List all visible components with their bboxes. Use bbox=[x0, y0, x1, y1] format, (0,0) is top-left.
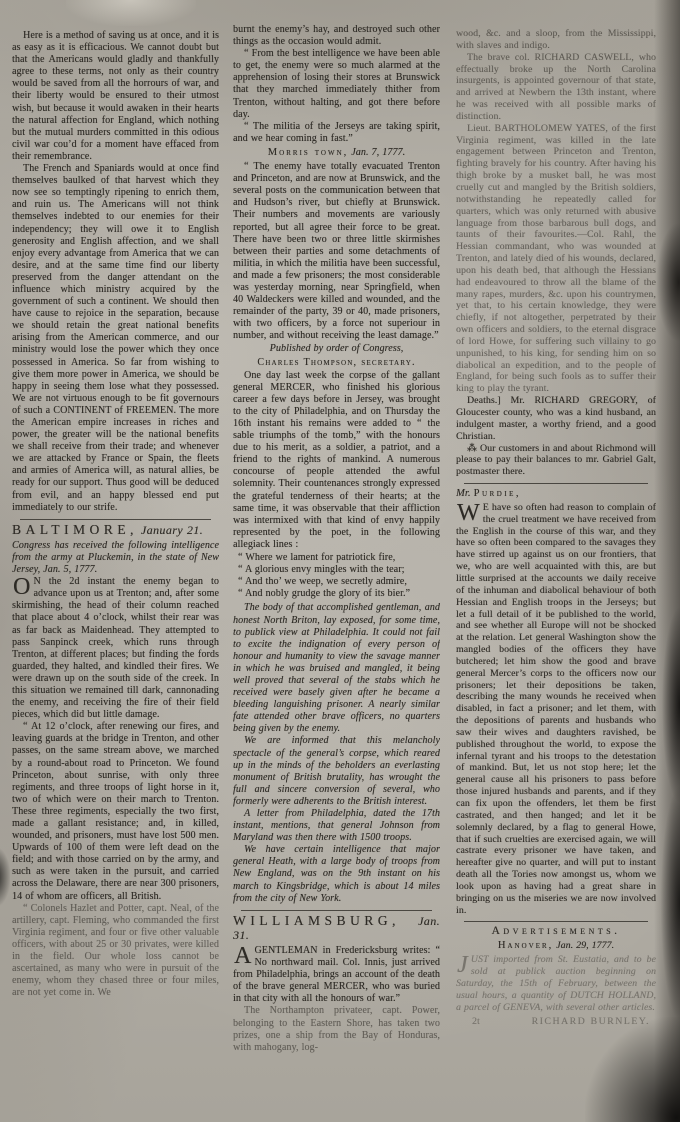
heading-caps: WILLIAMSBURG, bbox=[233, 913, 400, 928]
section-divider-rule bbox=[241, 910, 432, 911]
advert-signature: 2tRICHARD BURNLEY. bbox=[456, 1013, 656, 1028]
article-paragraph: Here is a method of saving us at once, a… bbox=[12, 30, 219, 163]
paragraph-text: N the 2d instant the enemy began to adva… bbox=[12, 576, 219, 720]
article-paragraph: Lieut. BARTHOLOMEW YATES, of the first V… bbox=[456, 123, 656, 395]
article-paragraph: “ The militia of the Jerseys are taking … bbox=[233, 121, 440, 145]
paragraph-text: E have so often had reason to complain o… bbox=[456, 502, 656, 916]
heading-caps: BALTIMORE, bbox=[12, 522, 138, 537]
advertiser-name: RICHARD BURNLEY. bbox=[532, 1016, 650, 1028]
dateline-date: Jan. 7, 1777. bbox=[351, 147, 405, 158]
heading-caps: Advertisements. bbox=[492, 925, 621, 937]
section-divider-rule bbox=[20, 519, 211, 520]
section-divider-rule bbox=[464, 483, 648, 484]
verse-line: “ Where we lament for patriotick fire, bbox=[238, 552, 440, 564]
newspaper-page: Here is a method of saving us at once, a… bbox=[0, 0, 680, 1122]
newspaper-column-3: wood, &c. and a sloop, from the Mississi… bbox=[456, 0, 656, 1122]
dateline: Hanover, Jan. 29, 1777. bbox=[456, 940, 656, 952]
article-paragraph: The French and Spaniards would at once f… bbox=[12, 163, 219, 514]
article-paragraph: “ Colonels Hazlet and Potter, capt. Neal… bbox=[12, 903, 219, 1000]
article-paragraph: WE have so often had reason to complain … bbox=[456, 502, 656, 917]
drop-cap: O bbox=[12, 576, 33, 597]
drop-cap: J bbox=[456, 954, 471, 975]
article-paragraph: Congress has received the following inte… bbox=[12, 540, 219, 576]
verse-quote: “ Where we lament for patriotick fire,“ … bbox=[238, 552, 440, 600]
article-paragraph: A letter from Philadelphia, dated the 17… bbox=[233, 808, 440, 844]
article-paragraph: “ The enemy have totally evacuated Trent… bbox=[233, 161, 440, 342]
article-paragraph: We have certain intelligence that major … bbox=[233, 844, 440, 904]
article-paragraph: burnt the enemy’s hay, and destroyed suc… bbox=[233, 24, 440, 48]
heading-prefix: Mr. bbox=[456, 488, 474, 499]
secretary-name-line: Charles Thompson, secretary. bbox=[233, 357, 440, 369]
heading-caps: Purdie, bbox=[474, 488, 521, 499]
congress-order-line: Published by order of Congress, bbox=[233, 343, 440, 355]
article-paragraph: ON the 2d instant the enemy began to adv… bbox=[12, 576, 219, 721]
article-paragraph: The Northampton privateer, capt. Power, … bbox=[233, 1005, 440, 1053]
article-paragraph: Deaths.] Mr. RICHARD GREGORY, of Glouces… bbox=[456, 395, 656, 442]
verse-line: “ And nobly grudge the glory of its bier… bbox=[238, 588, 440, 600]
ink-blotch bbox=[656, 222, 680, 342]
dateline-place: Morris town, bbox=[268, 147, 348, 158]
page-edge-shadow bbox=[654, 0, 680, 1122]
article-paragraph: wood, &c. and a sloop, from the Mississi… bbox=[456, 28, 656, 52]
dateline-date: Jan. 29, 1777. bbox=[556, 940, 614, 951]
article-paragraph: One day last week the corpse of the gall… bbox=[233, 370, 440, 551]
paragraph-text: GENTLEMAN in Fredericksburg writes: “ No… bbox=[233, 945, 440, 1004]
article-paragraph: AGENTLEMAN in Fredericksburg writes: “ N… bbox=[233, 945, 440, 1005]
section-divider-rule bbox=[464, 921, 648, 922]
heading-date: January 21. bbox=[141, 523, 203, 537]
newspaper-column-1: Here is a method of saving us at once, a… bbox=[12, 0, 219, 1122]
drop-cap: W bbox=[456, 502, 483, 523]
paragraph-text: UST imported from St. Eustatia, and to b… bbox=[456, 954, 656, 1012]
article-paragraph: JUST imported from St. Eustatia, and to … bbox=[456, 954, 656, 1013]
drop-cap: A bbox=[233, 945, 254, 966]
article-paragraph: The body of that accomplished gentleman,… bbox=[233, 602, 440, 735]
verse-line: “ A glorious envy mingles with the tear; bbox=[238, 564, 440, 576]
article-paragraph: “ At 12 o’clock, after renewing our fire… bbox=[12, 721, 219, 902]
article-paragraph: ⁂ Our customers in and about Richmond wi… bbox=[456, 443, 656, 479]
section-heading: Advertisements. bbox=[456, 926, 656, 938]
insertion-mark: 2t bbox=[472, 1016, 480, 1028]
dateline-place: Hanover, bbox=[498, 940, 553, 951]
section-heading: WILLIAMSBURG, Jan. 31. bbox=[233, 915, 440, 943]
dateline: Morris town, Jan. 7, 1777. bbox=[233, 147, 440, 159]
article-paragraph: We are informed that this melancholy spe… bbox=[233, 735, 440, 808]
ink-blotch bbox=[0, 848, 10, 906]
verse-line: “ And tho’ we weep, we secretly admire, bbox=[238, 576, 440, 588]
section-heading: BALTIMORE, January 21. bbox=[12, 524, 219, 538]
section-heading: Mr.Purdie, bbox=[456, 488, 656, 500]
newspaper-column-2: burnt the enemy’s hay, and destroyed suc… bbox=[233, 0, 440, 1122]
article-paragraph: The brave col. RICHARD CASWELL, who effe… bbox=[456, 52, 656, 123]
article-paragraph: “ From the best intelligence we have bee… bbox=[233, 48, 440, 121]
